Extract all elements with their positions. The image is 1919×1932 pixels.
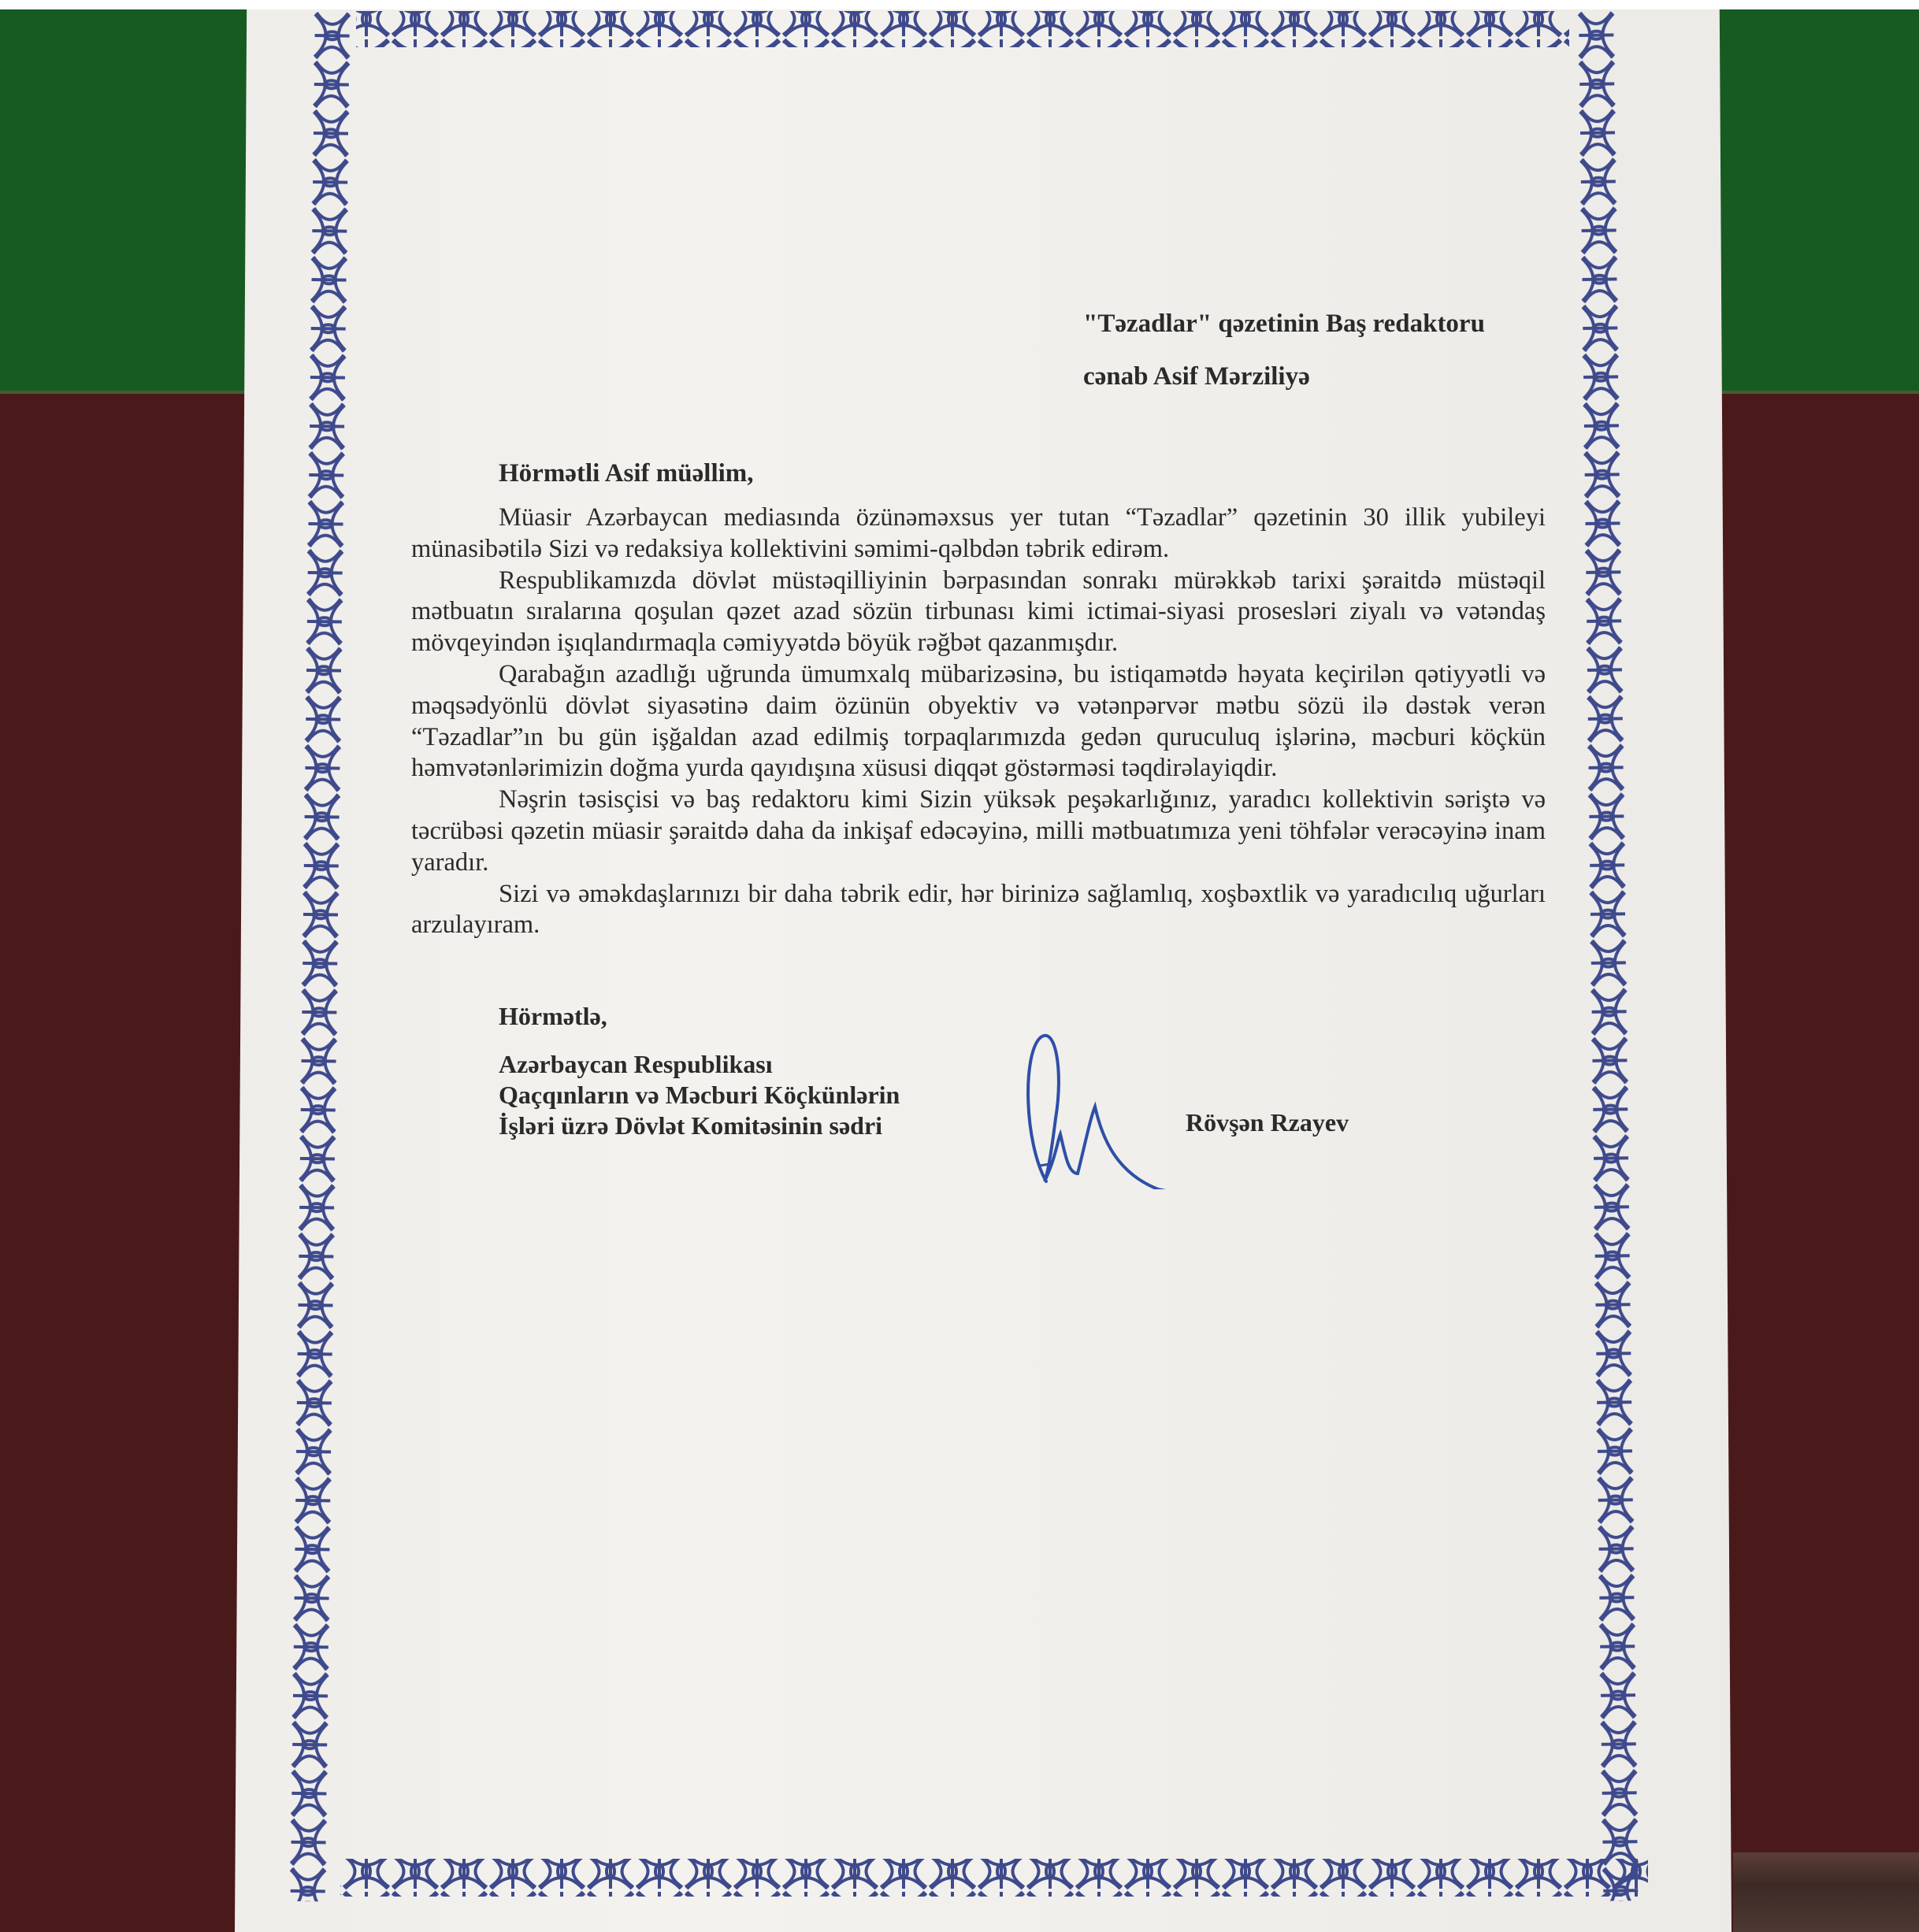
paper-shading <box>235 9 1732 1932</box>
sender-title-line-1: Azərbaycan Respublikası <box>499 1049 900 1080</box>
signature-icon <box>1008 1024 1284 1189</box>
sender-title-line-3: İşləri üzrə Dövlət Komitəsinin sədri <box>499 1111 900 1141</box>
closing: Hörmətlə, <box>499 1002 607 1031</box>
salutation: Hörmətli Asif müəllim, <box>499 459 754 488</box>
paragraph-4: Nəşrin təsisçisi və baş redaktoru kimi S… <box>411 784 1546 878</box>
paragraph-3: Qarabağın azadlığı uğrunda ümumxalq müba… <box>411 659 1546 784</box>
table-edge <box>1733 1852 1919 1932</box>
letter-body: Müasir Azərbaycan mediasında özünəməxsus… <box>411 502 1546 941</box>
sender-title-line-2: Qaçqınların və Məcburi Köçkünlərin <box>499 1080 900 1111</box>
signer-name: Rövşən Rzayev <box>1186 1108 1349 1137</box>
recipient-line-2: cənab Asif Mərziliyə <box>1083 362 1310 391</box>
paragraph-2: Respublikamızda dövlət müstəqilliyinin b… <box>411 566 1546 659</box>
paragraph-1: Müasir Azərbaycan mediasında özünəməxsus… <box>411 502 1546 566</box>
recipient-line-1: "Təzadlar" qəzetinin Baş redaktoru <box>1083 310 1485 339</box>
paragraph-5: Sizi və əməkdaşlarınızı bir daha təbrik … <box>411 879 1546 942</box>
sender-title: Azərbaycan Respublikası Qaçqınların və M… <box>499 1049 900 1141</box>
letter-paper <box>235 9 1732 1932</box>
